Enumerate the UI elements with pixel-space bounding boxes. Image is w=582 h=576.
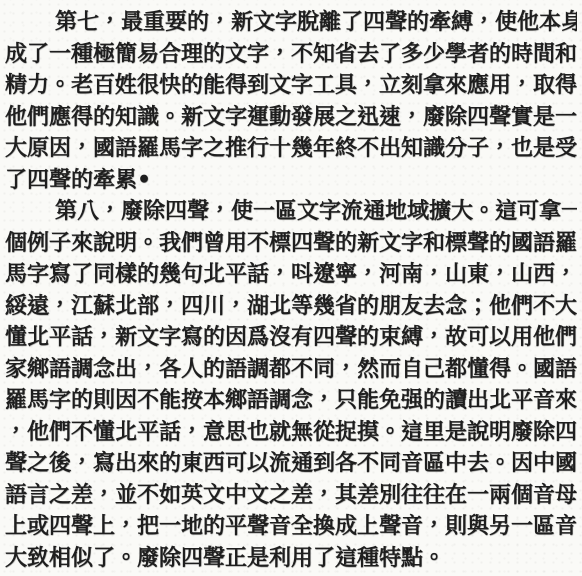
text-line: 家鄉語調念出，各人的語調都不同，然而自己都懂得。國語 [5, 354, 577, 386]
text-line: ，他們不懂北平話，意思也就無從捉摸。這里是說明廢除四 [5, 417, 577, 449]
text-line: 語言之差，並不如英文中文之差，其差別往往在一兩個音母 [5, 480, 577, 512]
text-line: 個例子來說明。我們曾用不標四聲的新文字和標聲的國語羅 [5, 228, 577, 260]
text-line: 大致相似了。廢除四聲正是利用了這種特點。 [5, 543, 577, 575]
text-line: 他們應得的知識。新文字運動發展之迅速，廢除四聲實是一 [5, 102, 577, 134]
text-line: 懂北平話，新文字寫的因爲沒有四聲的束縛，故可以用他們 [5, 322, 577, 354]
text-line: 第七，最重要的，新文字脫離了四聲的牽縛，使他本身 [5, 7, 577, 39]
scanned-page: 第七，最重要的，新文字脫離了四聲的牽縛，使他本身 成了一種極簡易合理的文字，不知… [0, 0, 582, 576]
text-line: 精力。老百姓很快的能得到文字工具，立刻拿來應用，取得 [5, 70, 577, 102]
text-line: 大原因，國語羅馬字之推行十幾年終不出知識分子，也是受 [5, 133, 577, 165]
text-line: 綏遠，江蘇北部，四川，湖北等幾省的朋友去念；他們不大 [5, 291, 577, 323]
text-line: 羅馬字的則因不能按本鄉語調念，只能免强的讀出北平音來 [5, 385, 577, 417]
text-line: 聲之後，寫出來的東西可以流通到各不同音區中去。因中國 [5, 448, 577, 480]
text-line: 成了一種極簡易合理的文字，不知省去了多少學者的時間和 [5, 39, 577, 71]
text-line: 馬字寫了同樣的幾句北平話，呌遼寧，河南，山東，山西， [5, 259, 577, 291]
text-line: 上或四聲上，把一地的平聲音全換成上聲音，則與另一區音 [5, 511, 577, 543]
text-line: 第八，廢除四聲，使一區文字流通地域擴大。這可拿一 [5, 196, 577, 228]
text-line: 了四聲的牽累• [5, 165, 577, 197]
